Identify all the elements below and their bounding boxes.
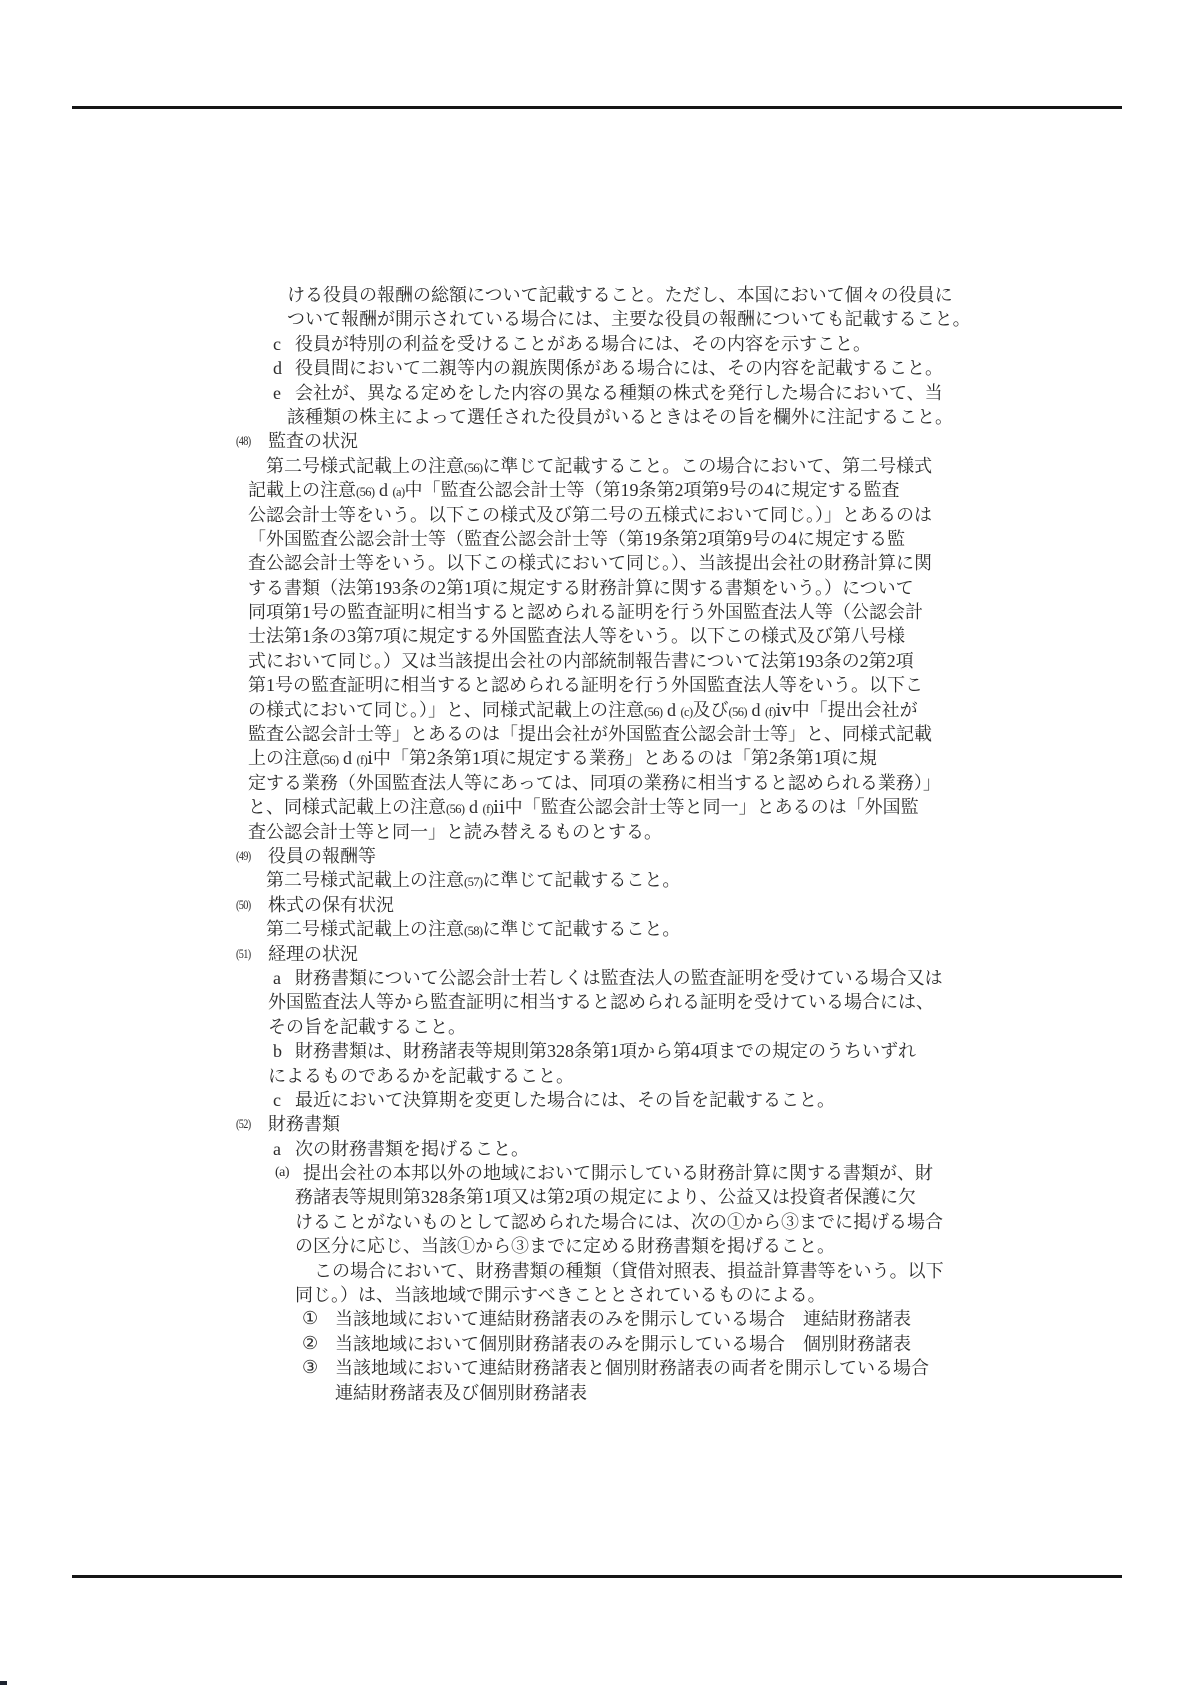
line-text: 記載上の注意(56) d (a)中「監査公認会計士等（第19条第2項第9号の4に… [248, 478, 900, 504]
text-line: (49)役員の報酬等 [230, 844, 962, 868]
note-ref: (a) [392, 485, 404, 499]
line-text: 公認会計士等をいう。以下この様式及び第二号の五様式において同じ。）」とあるのは [248, 503, 932, 527]
line-text: 会社が、異なる定めをした内容の異なる種類の株式を発行した場合において、当 [295, 381, 943, 405]
text-line: 公認会計士等をいう。以下この様式及び第二号の五様式において同じ。）」とあるのは [230, 503, 962, 527]
text-line: 記載上の注意(56) d (a)中「監査公認会計士等（第19条第2項第9号の4に… [230, 478, 962, 502]
text-line: 第二号様式記載上の注意(56)に準じて記載すること。この場合において、第二号様式 [230, 454, 962, 478]
text-line: 監査公認会計士等」とあるのは「提出会社が外国監査公認会計士等」と、同様式記載 [230, 722, 962, 746]
line-text: によるものであるかを記載すること。 [268, 1064, 574, 1088]
note-ref: (56) [446, 802, 464, 816]
text-line: によるものであるかを記載すること。 [230, 1064, 962, 1088]
text-line: 「外国監査公認会計士等（監査公認会計士等（第19条第2項第9号の4に規定する監 [230, 527, 962, 551]
line-text: 査公認会計士等をいう。以下この様式において同じ。）、当該提出会社の財務計算に関 [248, 551, 932, 575]
line-text: 査公認会計士等と同一」と読み替えるものとする。 [248, 820, 662, 844]
line-text: 提出会社の本邦以外の地域において開示している財務計算に関する書類が、財 [303, 1161, 933, 1185]
note-ref: (56) [356, 485, 374, 499]
text-line: 外国監査法人等から監査証明に相当すると認められる証明を受けている場合には、 [230, 990, 962, 1014]
item-marker: (a) [275, 1161, 289, 1185]
note-ref: (f) [356, 753, 367, 767]
text-line: する書類（法第193条の2第1項に規定する財務計算に関する書類をいう。）について [230, 576, 962, 600]
line-text: 財務書類は、財務諸表等規則第328条第1項から第4項までの規定のうちいずれ [295, 1039, 916, 1063]
line-text: その旨を記載すること。 [268, 1015, 466, 1039]
text-line: a次の財務書類を掲げること。 [230, 1137, 962, 1161]
text-line: c役員が特別の利益を受けることがある場合には、その内容を示すこと。 [230, 332, 962, 356]
bottom-rule [72, 1575, 1122, 1578]
note-ref: (c) [680, 705, 692, 719]
line-text: 当該地域において個別財務諸表のみを開示している場合 個別財務諸表 [335, 1332, 911, 1356]
line-text: 監査公認会計士等」とあるのは「提出会社が外国監査公認会計士等」と、同様式記載 [248, 722, 932, 746]
item-marker: (51) [236, 942, 250, 966]
line-text: 式において同じ。）又は当該提出会社の内部統制報告書について法第193条の2第2項 [248, 649, 914, 673]
text-line: (a)提出会社の本邦以外の地域において開示している財務計算に関する書類が、財 [230, 1161, 962, 1185]
line-text: 連結財務諸表及び個別財務諸表 [335, 1381, 587, 1405]
note-ref: (f) [765, 705, 776, 719]
item-marker: (48) [236, 429, 250, 453]
text-line: この場合において、財務書類の種類（貸借対照表、損益計算書等をいう。以下 [230, 1259, 962, 1283]
item-marker: c [273, 1088, 281, 1112]
line-text: 外国監査法人等から監査証明に相当すると認められる証明を受けている場合には、 [268, 990, 934, 1014]
top-rule [72, 106, 1122, 109]
line-text: 役員の報酬等 [268, 844, 376, 868]
line-text: 役員間において二親等内の親族関係がある場合には、その内容を記載すること。 [295, 356, 943, 380]
text-line: 第1号の監査証明に相当すると認められる証明を行う外国監査法人等をいう。以下こ [230, 673, 962, 697]
line-text: 監査の状況 [268, 429, 358, 453]
text-line: 式において同じ。）又は当該提出会社の内部統制報告書について法第193条の2第2項 [230, 649, 962, 673]
text-line: a財務書類について公認会計士若しくは監査法人の監査証明を受けている場合又は [230, 966, 962, 990]
line-text: 第1号の監査証明に相当すると認められる証明を行う外国監査法人等をいう。以下こ [248, 673, 923, 697]
note-ref: (58) [464, 924, 482, 938]
text-line: e会社が、異なる定めをした内容の異なる種類の株式を発行した場合において、当 [230, 381, 962, 405]
item-marker: a [273, 1137, 281, 1161]
text-line: 査公認会計士等をいう。以下この様式において同じ。）、当該提出会社の財務計算に関 [230, 551, 962, 575]
text-line: その旨を記載すること。 [230, 1015, 962, 1039]
line-text: 第二号様式記載上の注意(58)に準じて記載すること。 [266, 917, 680, 943]
line-text: 同項第1号の監査証明に相当すると認められる証明を行う外国監査法人等（公認会計 [248, 600, 923, 624]
note-ref: (56) [729, 705, 747, 719]
text-line: 査公認会計士等と同一」と読み替えるものとする。 [230, 820, 962, 844]
note-ref: (f) [482, 802, 493, 816]
text-line: (51)経理の状況 [230, 942, 962, 966]
text-line: (48)監査の状況 [230, 429, 962, 453]
text-line: (50)株式の保有状況 [230, 893, 962, 917]
line-text: 「外国監査公認会計士等（監査公認会計士等（第19条第2項第9号の4に規定する監 [248, 527, 905, 551]
text-line: ついて報酬が開示されている場合には、主要な役員の報酬についても記載すること。 [230, 307, 962, 331]
text-line: b財務書類は、財務諸表等規則第328条第1項から第4項までの規定のうちいずれ [230, 1039, 962, 1063]
item-marker: ③ [302, 1356, 318, 1380]
scan-artifact [0, 1681, 7, 1685]
line-text: けることがないものとして認められた場合には、次の①から③までに掲げる場合 [295, 1210, 943, 1234]
text-line: けることがないものとして認められた場合には、次の①から③までに掲げる場合 [230, 1210, 962, 1234]
line-text: 次の財務書類を掲げること。 [295, 1137, 529, 1161]
text-line: 第二号様式記載上の注意(58)に準じて記載すること。 [230, 917, 962, 941]
note-ref: (57) [464, 875, 482, 889]
item-marker: ① [302, 1307, 318, 1331]
text-line: 同じ。）は、当該地域で開示すべきこととされているものによる。 [230, 1283, 962, 1307]
line-text: ける役員の報酬の総額について記載すること。ただし、本国において個々の役員に [287, 283, 953, 307]
line-text: の様式において同じ。）」と、同様式記載上の注意(56) d (c)及び(56) … [248, 698, 918, 724]
text-line: c最近において決算期を変更した場合には、その旨を記載すること。 [230, 1088, 962, 1112]
item-marker: e [273, 381, 281, 405]
document-body: ける役員の報酬の総額について記載すること。ただし、本国において個々の役員について… [230, 283, 962, 1405]
line-text: 経理の状況 [268, 942, 358, 966]
line-text: ついて報酬が開示されている場合には、主要な役員の報酬についても記載すること。 [287, 307, 971, 331]
item-marker: (52) [236, 1112, 250, 1136]
item-marker: b [273, 1039, 282, 1063]
text-line: ける役員の報酬の総額について記載すること。ただし、本国において個々の役員に [230, 283, 962, 307]
item-marker: a [273, 966, 281, 990]
item-marker: (49) [236, 844, 250, 868]
line-text: 士法第1条の3第7項に規定する外国監査法人等をいう。以下この様式及び第八号様 [248, 624, 905, 648]
line-text: 第二号様式記載上の注意(56)に準じて記載すること。この場合において、第二号様式 [266, 454, 932, 480]
text-line: 該種類の株主によって選任された役員がいるときはその旨を欄外に注記すること。 [230, 405, 962, 429]
item-marker: (50) [236, 893, 250, 917]
line-text: 財務書類 [268, 1112, 340, 1136]
line-text: 当該地域において連結財務諸表のみを開示している場合 連結財務諸表 [335, 1307, 911, 1331]
text-line: の様式において同じ。）」と、同様式記載上の注意(56) d (c)及び(56) … [230, 698, 962, 722]
text-line: ①当該地域において連結財務諸表のみを開示している場合 連結財務諸表 [230, 1307, 962, 1331]
text-line: 連結財務諸表及び個別財務諸表 [230, 1381, 962, 1405]
note-ref: (56) [464, 461, 482, 475]
line-text: 上の注意(56) d (f)ⅰ中「第2条第1項に規定する業務」とあるのは「第2条… [248, 746, 877, 772]
line-text: の区分に応じ、当該①から③までに定める財務書類を掲げること。 [295, 1234, 835, 1258]
line-text: 定する業務（外国監査法人等にあっては、同項の業務に相当すると認められる業務）」 [248, 771, 941, 795]
text-line: 士法第1条の3第7項に規定する外国監査法人等をいう。以下この様式及び第八号様 [230, 624, 962, 648]
text-line: ③当該地域において連結財務諸表と個別財務諸表の両者を開示している場合 [230, 1356, 962, 1380]
text-line: 第二号様式記載上の注意(57)に準じて記載すること。 [230, 868, 962, 892]
line-text: する書類（法第193条の2第1項に規定する財務計算に関する書類をいう。）について [248, 576, 914, 600]
line-text: 株式の保有状況 [268, 893, 394, 917]
item-marker: c [273, 332, 281, 356]
line-text: 第二号様式記載上の注意(57)に準じて記載すること。 [266, 868, 680, 894]
text-line: 定する業務（外国監査法人等にあっては、同項の業務に相当すると認められる業務）」 [230, 771, 962, 795]
document-page: ける役員の報酬の総額について記載すること。ただし、本国において個々の役員について… [0, 0, 1192, 1685]
line-text: この場合において、財務書類の種類（貸借対照表、損益計算書等をいう。以下 [314, 1259, 944, 1283]
line-text: 同じ。）は、当該地域で開示すべきこととされているものによる。 [295, 1283, 826, 1307]
text-line: と、同様式記載上の注意(56) d (f)ⅱ中「監査公認会計士等と同一」とあるの… [230, 795, 962, 819]
text-line: の区分に応じ、当該①から③までに定める財務書類を掲げること。 [230, 1234, 962, 1258]
line-text: 務諸表等規則第328条第1項又は第2項の規定により、公益又は投資者保護に欠 [295, 1185, 916, 1209]
line-text: 最近において決算期を変更した場合には、その旨を記載すること。 [295, 1088, 835, 1112]
text-line: 同項第1号の監査証明に相当すると認められる証明を行う外国監査法人等（公認会計 [230, 600, 962, 624]
note-ref: (56) [644, 705, 662, 719]
item-marker: d [273, 356, 282, 380]
item-marker: ② [302, 1332, 318, 1356]
text-line: (52)財務書類 [230, 1112, 962, 1136]
text-line: 上の注意(56) d (f)ⅰ中「第2条第1項に規定する業務」とあるのは「第2条… [230, 746, 962, 770]
text-line: 務諸表等規則第328条第1項又は第2項の規定により、公益又は投資者保護に欠 [230, 1185, 962, 1209]
line-text: 財務書類について公認会計士若しくは監査法人の監査証明を受けている場合又は [295, 966, 943, 990]
line-text: 該種類の株主によって選任された役員がいるときはその旨を欄外に注記すること。 [287, 405, 953, 429]
line-text: と、同様式記載上の注意(56) d (f)ⅱ中「監査公認会計士等と同一」とあるの… [248, 795, 919, 821]
line-text: 当該地域において連結財務諸表と個別財務諸表の両者を開示している場合 [335, 1356, 929, 1380]
line-text: 役員が特別の利益を受けることがある場合には、その内容を示すこと。 [295, 332, 871, 356]
note-ref: (56) [320, 753, 338, 767]
text-line: ②当該地域において個別財務諸表のみを開示している場合 個別財務諸表 [230, 1332, 962, 1356]
text-line: d役員間において二親等内の親族関係がある場合には、その内容を記載すること。 [230, 356, 962, 380]
